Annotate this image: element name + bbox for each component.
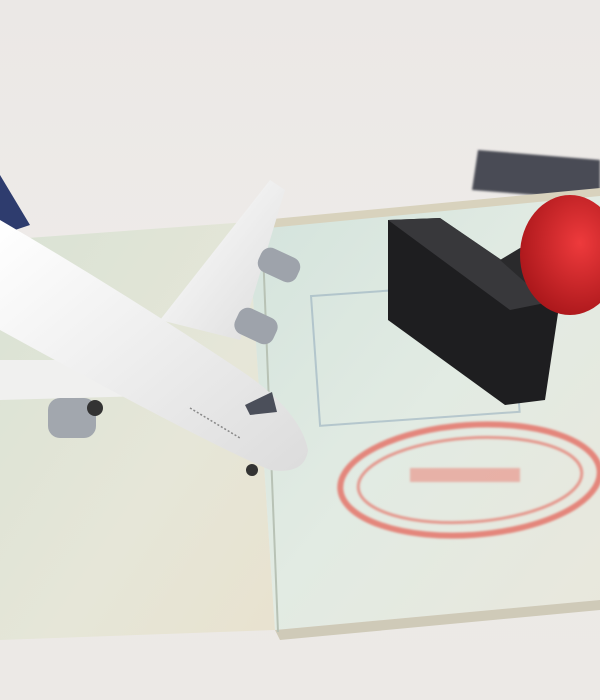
- photo-scene: [0, 0, 600, 700]
- photo-illustration: [0, 0, 600, 700]
